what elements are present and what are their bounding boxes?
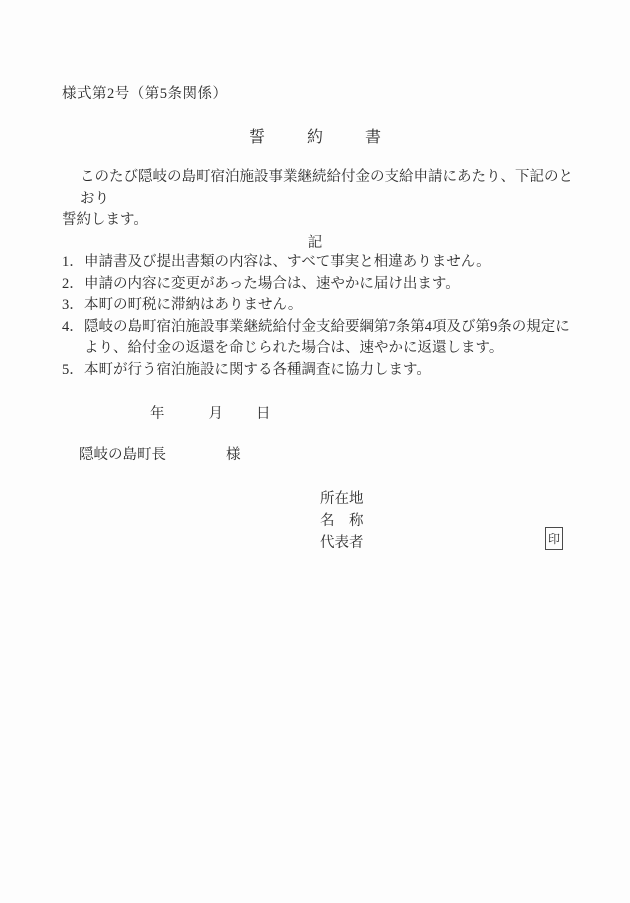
signature-block: 所在地 名 称 代表者 (320, 488, 364, 554)
addressee-name: 隠岐の島町長 (79, 447, 166, 463)
list-item: 1． 申請書及び提出書類の内容は、すべて事実と相違ありません。 (62, 252, 582, 274)
item-number: 1． (62, 252, 84, 274)
signature-name-label: 名 称 (320, 510, 364, 532)
item-text: より、給付金の返還を命じられた場合は、速やかに返還します。 (84, 338, 582, 360)
list-item: 5． 本町が行う宿泊施設に関する各種調査に協力します。 (62, 360, 582, 382)
signature-location-label: 所在地 (320, 488, 364, 510)
date-year-label: 年 (150, 406, 165, 422)
form-number: 様式第2号（第5条関係） (62, 82, 228, 103)
list-item: 3． 本町の町税に滞納はありません。 (62, 295, 582, 317)
date-day-label: 日 (256, 406, 271, 422)
pledge-list: 1． 申請書及び提出書類の内容は、すべて事実と相違ありません。 2． 申請の内容… (62, 252, 582, 381)
addressee-line: 隠岐の島町長様 (79, 443, 241, 464)
item-text: 本町の町税に滞納はありません。 (84, 295, 582, 317)
item-number: 4． (62, 317, 84, 339)
list-heading: 記 (0, 231, 630, 252)
intro-line: このたび隠岐の島町宿泊施設事業継続給付金の支給申請にあたり、下記のとおり (62, 167, 582, 210)
item-text: 本町が行う宿泊施設に関する各種調査に協力します。 (84, 360, 582, 382)
document-page: 様式第2号（第5条関係） 誓 約 書 このたび隠岐の島町宿泊施設事業継続給付金の… (0, 0, 630, 903)
title-char: 書 (365, 124, 381, 147)
item-number: 5． (62, 360, 84, 382)
item-number: 3． (62, 295, 84, 317)
seal-label: 印 (548, 533, 560, 545)
item-text: 申請の内容に変更があった場合は、速やかに届け出ます。 (84, 274, 582, 296)
date-line: 年月日 (150, 402, 271, 423)
signature-representative-label: 代表者 (320, 532, 364, 554)
item-text: 隠岐の島町宿泊施設事業継続給付金支給要綱第7条第4項及び第9条の規定に (84, 317, 582, 339)
item-number: 2． (62, 274, 84, 296)
seal-box: 印 (545, 527, 563, 550)
document-title: 誓 約 書 (0, 124, 630, 147)
list-item: 2． 申請の内容に変更があった場合は、速やかに届け出ます。 (62, 274, 582, 296)
item-text: 申請書及び提出書類の内容は、すべて事実と相違ありません。 (84, 252, 582, 274)
list-item: 4． 隠岐の島町宿泊施設事業継続給付金支給要綱第7条第4項及び第9条の規定に よ… (62, 317, 582, 360)
intro-line: 誓約します。 (62, 210, 582, 232)
date-month-label: 月 (209, 406, 224, 422)
intro-paragraph: このたび隠岐の島町宿泊施設事業継続給付金の支給申請にあたり、下記のとおり 誓約し… (62, 167, 582, 232)
title-char: 誓 (249, 124, 265, 147)
title-char: 約 (307, 124, 323, 147)
addressee-honorific: 様 (226, 447, 241, 463)
